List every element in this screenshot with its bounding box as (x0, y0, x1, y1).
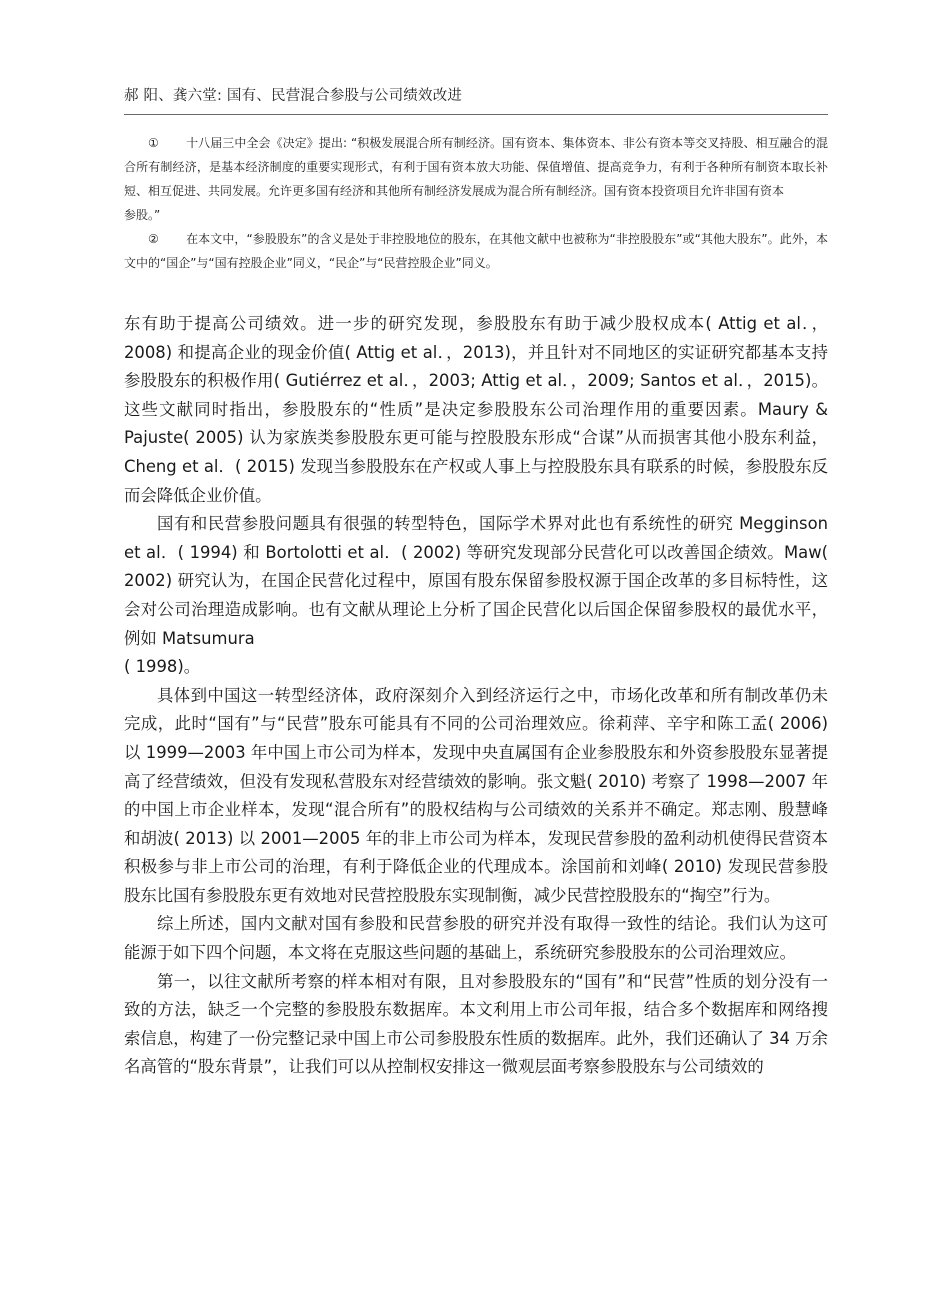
footnote-1-continuation: 参股。” (124, 203, 828, 227)
paragraph-2: 国有和民营参股问题具有很强的转型特色，国际学术界对此也有系统性的研究 Meggi… (124, 510, 828, 653)
paragraph-1: 东有助于提高公司绩效。进一步的研究发现，参股股东有助于减少股权成本( Attig… (124, 310, 828, 510)
footnote-2-text: ②在本文中，“参股股东”的含义是处于非控股地位的股东，在其他文献中也被称为“非控… (124, 227, 828, 275)
footnote-1-marker: ① (148, 131, 186, 155)
footnotes-section: ①十八届三中全会《决定》提出: “积极发展混合所有制经济。国有资本、集体资本、非… (124, 131, 828, 275)
paragraph-4: 综上所述，国内文献对国有参股和民营参股的研究并没有取得一致性的结论。我们认为这可… (124, 910, 828, 967)
footnote-1-body: 十八届三中全会《决定》提出: “积极发展混合所有制经济。国有资本、集体资本、非公… (124, 136, 828, 198)
paragraph-5: 第一，以往文献所考察的样本相对有限，且对参股股东的“国有”和“民营”性质的划分没… (124, 968, 828, 1082)
footnote-2: ②在本文中，“参股股东”的含义是处于非控股地位的股东，在其他文献中也被称为“非控… (124, 227, 828, 275)
footnote-2-body: 在本文中，“参股股东”的含义是处于非控股地位的股东，在其他文献中也被称为“非控股… (124, 232, 828, 270)
footnote-2-marker: ② (148, 227, 186, 251)
paragraph-2-tail: ( 1998)。 (124, 653, 828, 682)
running-header-title: 郝 阳、龚六堂: 国有、民营混合参股与公司绩效改进 (124, 86, 462, 106)
body-text: 东有助于提高公司绩效。进一步的研究发现，参股股东有助于减少股权成本( Attig… (124, 310, 828, 1082)
header-divider (124, 114, 828, 115)
footnote-1-text: ①十八届三中全会《决定》提出: “积极发展混合所有制经济。国有资本、集体资本、非… (124, 131, 828, 203)
paragraph-3: 具体到中国这一转型经济体，政府深刻介入到经济运行之中，市场化改革和所有制改革仍未… (124, 682, 828, 911)
footnote-1: ①十八届三中全会《决定》提出: “积极发展混合所有制经济。国有资本、集体资本、非… (124, 131, 828, 227)
